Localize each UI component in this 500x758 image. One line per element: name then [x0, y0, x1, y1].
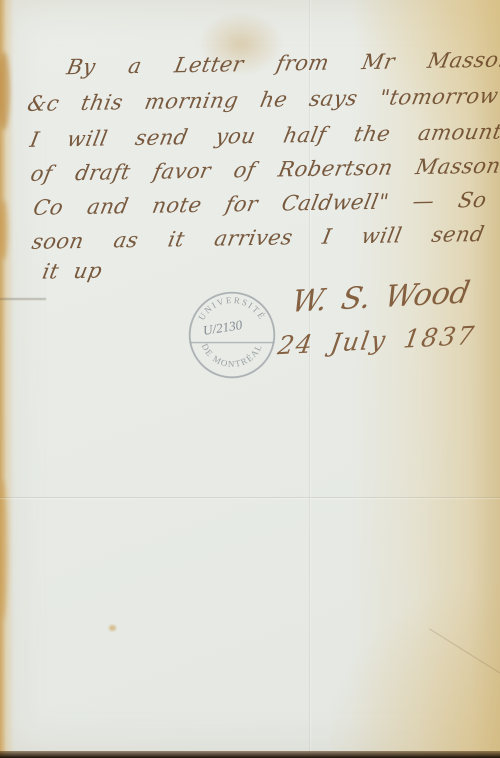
bottom-right-aged-corner: [330, 578, 500, 758]
university-stamp: UNIVERSITÉ DE MONTRÉAL U/2130: [184, 288, 280, 382]
bottom-page-edge: [0, 751, 500, 758]
stamp-accession-number: U/2130: [202, 317, 244, 338]
horizontal-fold-line: [0, 497, 500, 498]
paper-stain-small: [109, 625, 116, 631]
stamp-arc-bottom-text: DE MONTRÉAL: [200, 342, 265, 369]
vertical-fold-line: [309, 0, 310, 758]
letter-line: it up: [40, 259, 104, 284]
left-crease-mark: [0, 298, 46, 300]
letter-scan-page: By a Letter from Mr Masson &c this morni…: [0, 0, 500, 758]
